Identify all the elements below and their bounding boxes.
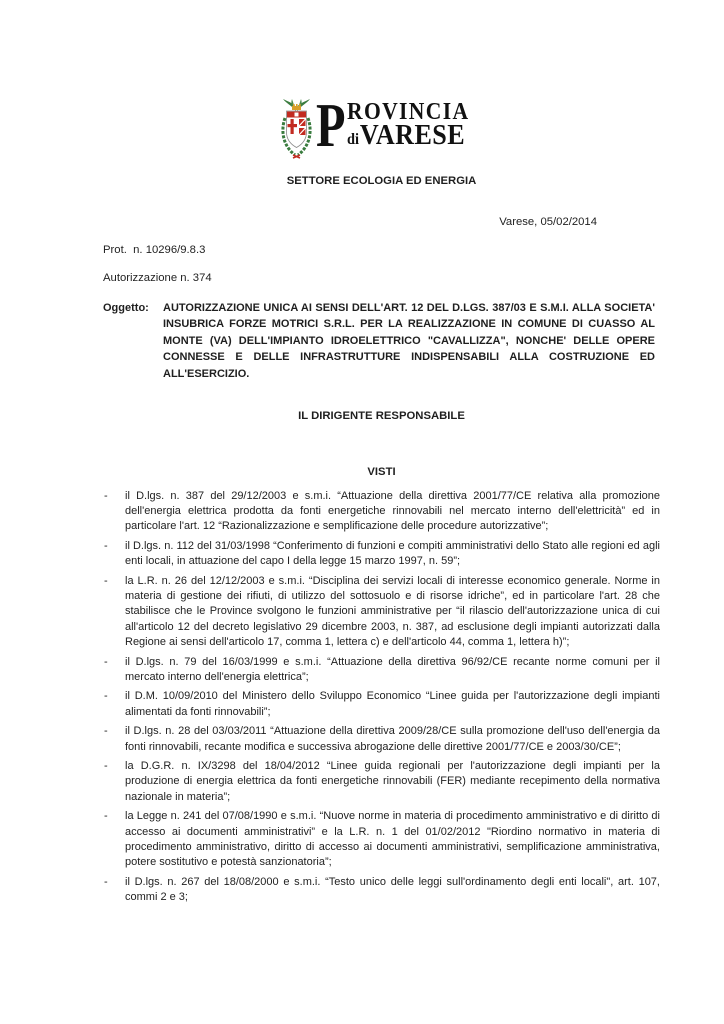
- role-heading: IL DIRIGENTE RESPONSABILE: [103, 410, 660, 422]
- list-item: - il D.lgs. n. 387 del 29/12/2003 e s.m.…: [103, 489, 660, 535]
- dash-marker: -: [104, 574, 108, 589]
- subject-text: AUTORIZZAZIONE UNICA AI SENSI DELL'ART. …: [163, 300, 655, 382]
- document-page: P ROVINCIA di VARESE SETTORE ECOLOGIA ED…: [0, 0, 724, 1024]
- department-title: SETTORE ECOLOGIA ED ENERGIA: [103, 175, 660, 187]
- logo-varese-text: VARESE: [360, 124, 465, 147]
- logo-di-text: di: [347, 131, 359, 149]
- list-item-text: la D.G.R. n. IX/3298 del 18/04/2012 “Lin…: [125, 760, 660, 802]
- visti-heading: VISTI: [103, 466, 660, 478]
- dash-marker: -: [104, 875, 108, 890]
- list-item: - il D.lgs. n. 28 del 03/03/2011 “Attuaz…: [103, 724, 660, 754]
- dash-marker: -: [104, 724, 108, 739]
- list-item: - il D.lgs. n. 267 del 18/08/2000 e s.m.…: [103, 875, 660, 905]
- provincia-crest-icon: [280, 98, 313, 160]
- place-date: Varese, 05/02/2014: [103, 216, 660, 228]
- list-item-text: il D.lgs. n. 28 del 03/03/2011 “Attuazio…: [125, 725, 660, 752]
- provincia-varese-logo: P ROVINCIA di VARESE: [103, 98, 660, 160]
- dash-marker: -: [104, 489, 108, 504]
- list-item-text: la L.R. n. 26 del 12/12/2003 e s.m.i. “D…: [125, 575, 660, 648]
- protocol-number: Prot. n. 10296/9.8.3: [103, 244, 660, 256]
- list-item: - la Legge n. 241 del 07/08/1990 e s.m.i…: [103, 809, 660, 870]
- list-item-text: la Legge n. 241 del 07/08/1990 e s.m.i. …: [125, 810, 660, 868]
- dash-marker: -: [104, 809, 108, 824]
- list-item: - la L.R. n. 26 del 12/12/2003 e s.m.i. …: [103, 574, 660, 650]
- list-item-text: il D.lgs. n. 79 del 16/03/1999 e s.m.i. …: [125, 656, 660, 683]
- list-item-text: il D.lgs. n. 267 del 18/08/2000 e s.m.i.…: [125, 876, 660, 903]
- logo-varese-line: di VARESE: [347, 124, 469, 149]
- dash-marker: -: [104, 689, 108, 704]
- dash-marker: -: [104, 655, 108, 670]
- subject-label: Oggetto:: [103, 300, 163, 382]
- list-item-text: il D.M. 10/09/2010 del Ministero dello S…: [125, 690, 660, 717]
- logo-wordmark: ROVINCIA di VARESE: [347, 103, 469, 149]
- visti-list: - il D.lgs. n. 387 del 29/12/2003 e s.m.…: [103, 489, 660, 910]
- logo-initial-p: P: [316, 102, 346, 150]
- list-item: - il D.lgs. n. 112 del 31/03/1998 “Confe…: [103, 539, 660, 569]
- list-item-text: il D.lgs. n. 387 del 29/12/2003 e s.m.i.…: [125, 490, 660, 532]
- list-item: - la D.G.R. n. IX/3298 del 18/04/2012 “L…: [103, 759, 660, 805]
- list-item: - il D.M. 10/09/2010 del Ministero dello…: [103, 689, 660, 719]
- list-item: - il D.lgs. n. 79 del 16/03/1999 e s.m.i…: [103, 655, 660, 685]
- dash-marker: -: [104, 759, 108, 774]
- dash-marker: -: [104, 539, 108, 554]
- authorization-number: Autorizzazione n. 374: [103, 272, 660, 284]
- subject-block: Oggetto: AUTORIZZAZIONE UNICA AI SENSI D…: [103, 300, 660, 382]
- list-item-text: il D.lgs. n. 112 del 31/03/1998 “Conferi…: [125, 540, 660, 567]
